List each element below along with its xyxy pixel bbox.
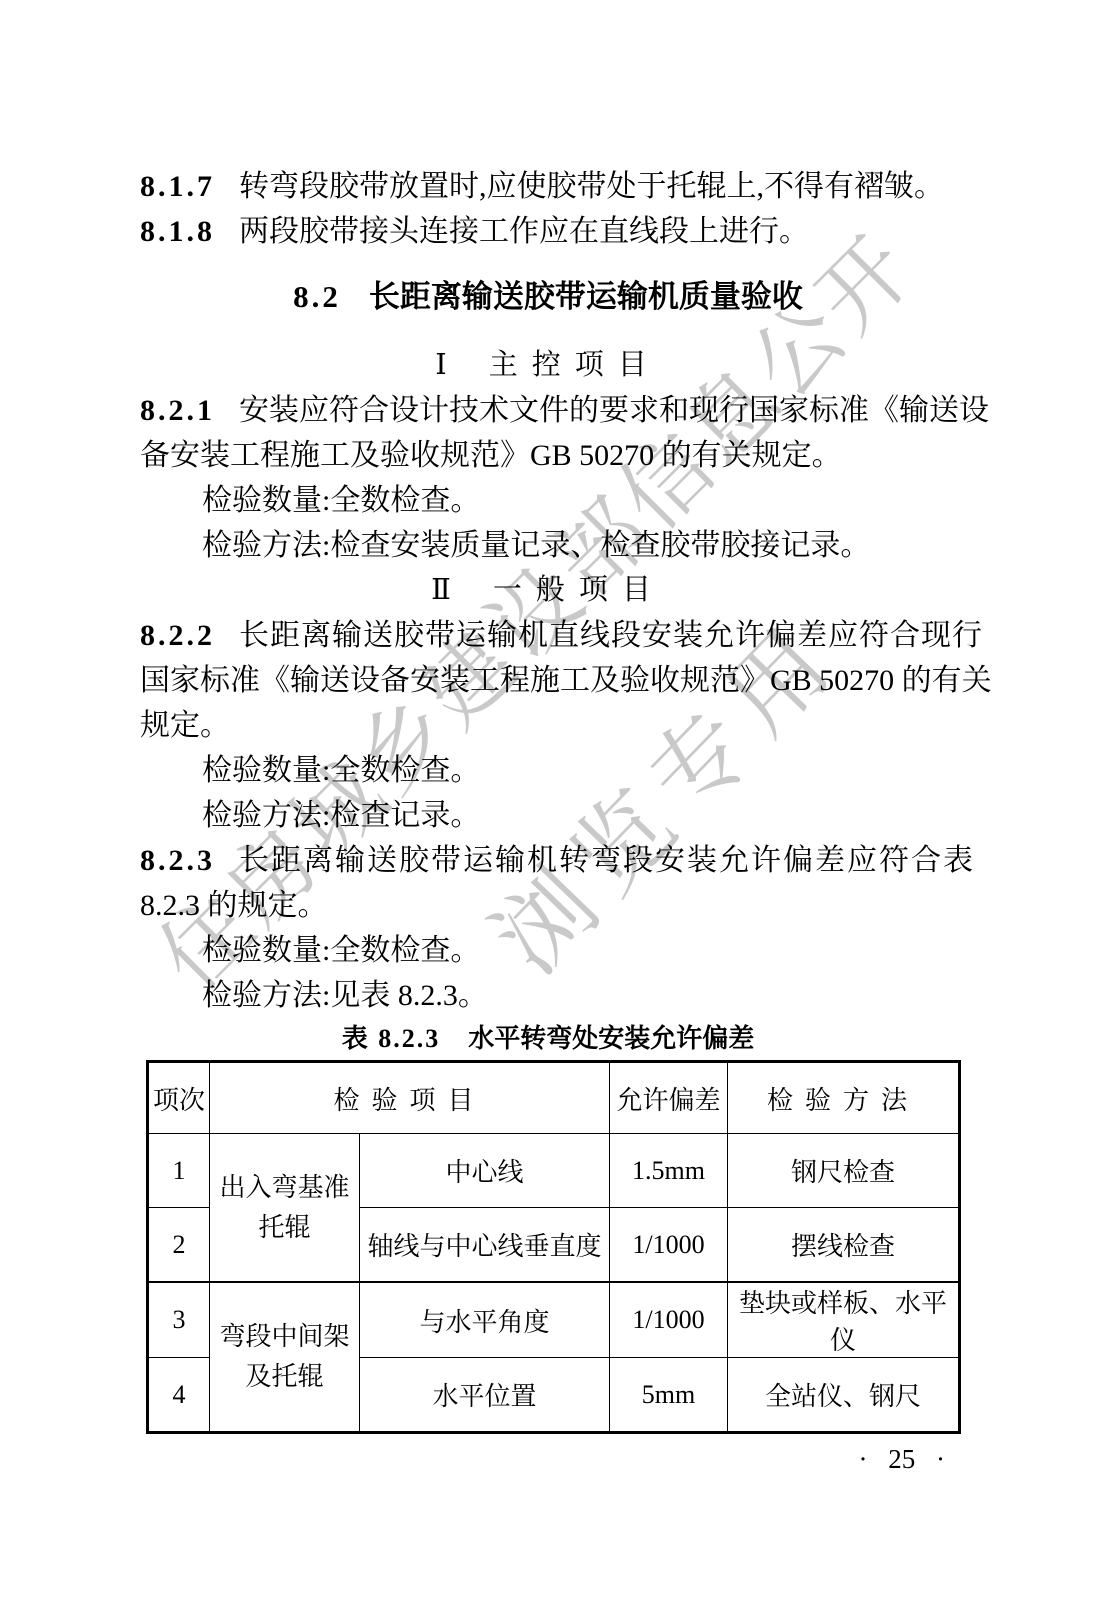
section-number: 8.2 bbox=[293, 279, 341, 314]
page-number: · 25 · bbox=[859, 1444, 945, 1475]
cell-item-no: 4 bbox=[148, 1358, 210, 1433]
clause-text: 长距离输送胶带运输机转弯段安装允许偏差应符合表 bbox=[239, 844, 975, 877]
cell-method: 全站仪、钢尺 bbox=[728, 1358, 960, 1433]
subheading-general-items: Ⅱ一般项目 bbox=[140, 568, 956, 613]
cell-item-no: 3 bbox=[148, 1282, 210, 1358]
cell-group-curve-frames-idlers: 弯段中间架 及托辊 bbox=[210, 1282, 360, 1433]
subheading-title: 主控项目 bbox=[489, 349, 661, 381]
clause-text: 国家标准《输送设备安装工程施工及验收规范》GB 50270 的有关 bbox=[140, 664, 992, 697]
inspection-quantity-text: 检验数量:全数检查。 bbox=[202, 484, 480, 517]
cell-inspection-item: 水平位置 bbox=[360, 1358, 610, 1433]
header-allowed-deviation: 允许偏差 bbox=[610, 1062, 728, 1134]
table-caption: 表 8.2.3水平转弯处安装允许偏差 bbox=[140, 1018, 956, 1060]
table-header-row: 项次 检验项目 允许偏差 检验方法 bbox=[148, 1062, 960, 1134]
subheading-main-control-items: Ⅰ主控项目 bbox=[140, 343, 956, 388]
clause-number: 8.2.1 bbox=[140, 394, 215, 427]
cell-item-no: 1 bbox=[148, 1134, 210, 1208]
section-title: 长距离输送胶带运输机质量验收 bbox=[369, 279, 803, 314]
clause-text: 备安装工程施工及验收规范》GB 50270 的有关规定。 bbox=[140, 439, 842, 472]
tolerance-table: 项次 检验项目 允许偏差 检验方法 1 出入弯基准 托辊 中心线 1.5mm 钢… bbox=[146, 1060, 961, 1434]
inspection-quantity-text: 检验数量:全数检查。 bbox=[202, 754, 480, 787]
inspection-method-8-2-3: 检验方法:见表 8.2.3。 bbox=[140, 973, 956, 1018]
table-row: 1 出入弯基准 托辊 中心线 1.5mm 钢尺检查 bbox=[148, 1134, 960, 1208]
roman-numeral-two: Ⅱ bbox=[431, 574, 451, 606]
cell-tolerance: 5mm bbox=[610, 1358, 728, 1433]
roman-numeral-one: Ⅰ bbox=[435, 349, 446, 381]
cell-group-entry-exit-idlers: 出入弯基准 托辊 bbox=[210, 1134, 360, 1283]
table-caption-title: 水平转弯处安装允许偏差 bbox=[468, 1024, 754, 1053]
subheading-title: 一般项目 bbox=[493, 574, 665, 606]
paragraph-8-2-2-line-1: 8.2.2长距离输送胶带运输机直线段安装允许偏差应符合现行 bbox=[140, 613, 956, 658]
document-page: 住房城乡建设部信息公开 浏览专用 8.1.7转弯段胶带放置时,应使胶带处于托辊上… bbox=[0, 0, 1102, 1598]
cell-tolerance: 1.5mm bbox=[610, 1134, 728, 1208]
paragraph-8-2-3-line-2: 8.2.3 的规定。 bbox=[140, 883, 956, 928]
table-caption-number: 表 8.2.3 bbox=[342, 1024, 441, 1053]
inspection-method-text: 检验方法:检查记录。 bbox=[202, 799, 480, 832]
cell-method: 垫块或样板、水平仪 bbox=[728, 1282, 960, 1358]
cell-tolerance: 1/1000 bbox=[610, 1208, 728, 1283]
group-label-line: 出入弯基准 bbox=[210, 1168, 359, 1208]
inspection-quantity-text: 检验数量:全数检查。 bbox=[202, 934, 480, 967]
cell-inspection-item: 轴线与中心线垂直度 bbox=[360, 1208, 610, 1283]
group-label-line: 弯段中间架 bbox=[210, 1317, 359, 1357]
header-item-no: 项次 bbox=[148, 1062, 210, 1134]
paragraph-8-2-3-line-1: 8.2.3长距离输送胶带运输机转弯段安装允许偏差应符合表 bbox=[140, 838, 956, 883]
inspection-quantity-8-2-2: 检验数量:全数检查。 bbox=[140, 748, 956, 793]
clause-text: 转弯段胶带放置时,应使胶带处于托辊上,不得有褶皱。 bbox=[239, 170, 944, 203]
cell-tolerance: 1/1000 bbox=[610, 1282, 728, 1358]
inspection-quantity-8-2-1: 检验数量:全数检查。 bbox=[140, 478, 956, 523]
page-body: 8.1.7转弯段胶带放置时,应使胶带处于托辊上,不得有褶皱。 8.1.8两段胶带… bbox=[140, 164, 956, 1434]
table-row: 3 弯段中间架 及托辊 与水平角度 1/1000 垫块或样板、水平仪 bbox=[148, 1282, 960, 1358]
clause-text: 两段胶带接头连接工作应在直线段上进行。 bbox=[239, 215, 809, 248]
paragraph-8-1-8: 8.1.8两段胶带接头连接工作应在直线段上进行。 bbox=[140, 209, 956, 254]
section-heading-8-2: 8.2长距离输送胶带运输机质量验收 bbox=[140, 274, 956, 319]
paragraph-8-2-2-line-3: 规定。 bbox=[140, 703, 956, 748]
group-label-line: 及托辊 bbox=[210, 1357, 359, 1397]
header-inspection-method: 检验方法 bbox=[728, 1062, 960, 1134]
paragraph-8-2-1-line-2: 备安装工程施工及验收规范》GB 50270 的有关规定。 bbox=[140, 433, 956, 478]
cell-method: 钢尺检查 bbox=[728, 1134, 960, 1208]
inspection-method-text: 检验方法:见表 8.2.3。 bbox=[202, 979, 488, 1012]
inspection-quantity-8-2-3: 检验数量:全数检查。 bbox=[140, 928, 956, 973]
paragraph-8-1-7: 8.1.7转弯段胶带放置时,应使胶带处于托辊上,不得有褶皱。 bbox=[140, 164, 956, 209]
cell-inspection-item: 与水平角度 bbox=[360, 1282, 610, 1358]
clause-text: 长距离输送胶带运输机直线段安装允许偏差应符合现行 bbox=[239, 619, 983, 652]
clause-text: 规定。 bbox=[140, 709, 230, 742]
group-label-line: 托辊 bbox=[210, 1208, 359, 1248]
inspection-method-8-2-2: 检验方法:检查记录。 bbox=[140, 793, 956, 838]
clause-number: 8.1.7 bbox=[140, 170, 215, 203]
clause-text: 8.2.3 的规定。 bbox=[140, 889, 328, 922]
clause-number: 8.2.3 bbox=[140, 844, 215, 877]
clause-number: 8.2.2 bbox=[140, 619, 215, 652]
cell-item-no: 2 bbox=[148, 1208, 210, 1283]
clause-number: 8.1.8 bbox=[140, 215, 215, 248]
inspection-method-8-2-1: 检验方法:检查安装质量记录、检查胶带胶接记录。 bbox=[140, 523, 956, 568]
clause-text: 安装应符合设计技术文件的要求和现行国家标准《输送设 bbox=[239, 394, 989, 427]
inspection-method-text: 检验方法:检查安装质量记录、检查胶带胶接记录。 bbox=[202, 529, 870, 562]
paragraph-8-2-1-line-1: 8.2.1安装应符合设计技术文件的要求和现行国家标准《输送设 bbox=[140, 388, 956, 433]
cell-method: 摆线检查 bbox=[728, 1208, 960, 1283]
header-inspection-item: 检验项目 bbox=[210, 1062, 610, 1134]
paragraph-8-2-2-line-2: 国家标准《输送设备安装工程施工及验收规范》GB 50270 的有关 bbox=[140, 658, 956, 703]
cell-inspection-item: 中心线 bbox=[360, 1134, 610, 1208]
